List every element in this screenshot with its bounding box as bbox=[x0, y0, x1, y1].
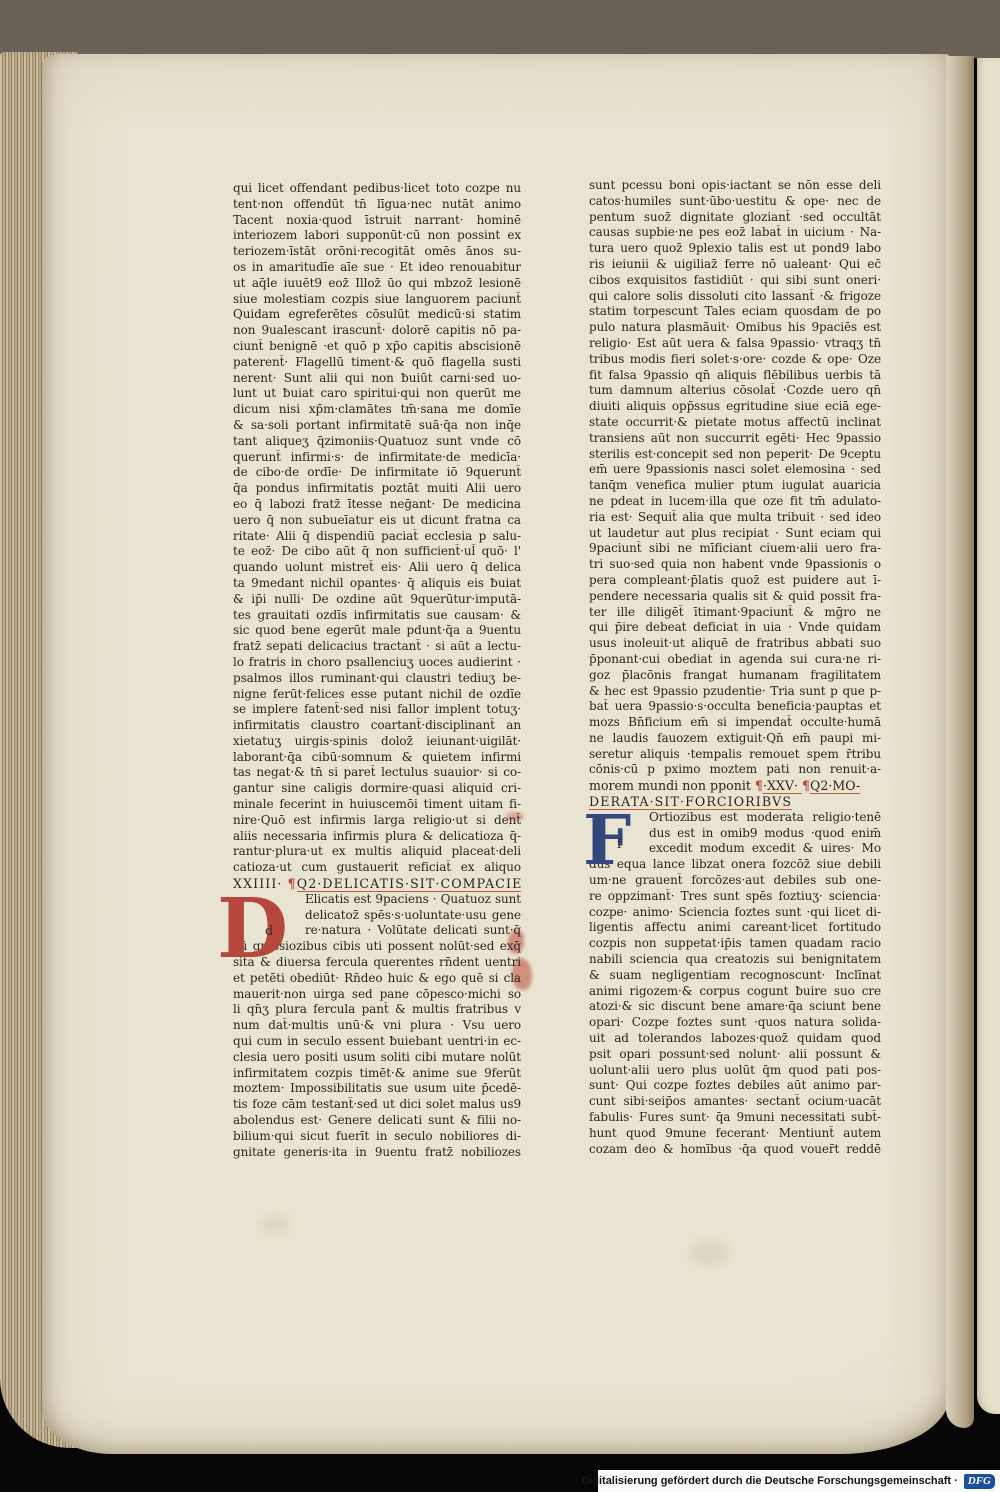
text-line: te eoz̄· De cibo aūt q̄ non sufficient̄·… bbox=[233, 544, 521, 560]
text-line: & suam negligentiam recognoscunt· Inclīn… bbox=[589, 968, 881, 984]
paper-stain bbox=[690, 1240, 730, 1266]
pilcrow-icon: ¶ bbox=[755, 778, 763, 793]
text-line: nabili sciencia qua creatozis sui benign… bbox=[589, 952, 881, 968]
text-line: ligentis affectu animi careant·licet for… bbox=[589, 920, 881, 936]
text-line: minale fecerint in huiuscemōi timent uit… bbox=[233, 797, 521, 813]
chapter-number: ·XXV· bbox=[763, 778, 802, 794]
initial-paragraph: F f Ortiozibus est moderata religio·tenē… bbox=[589, 810, 881, 857]
text-line: cunt sibi·seip̄os amantes· sectant̄ ociu… bbox=[589, 1094, 881, 1110]
text-line: uero q̄ non subueīatur eis ut dicunt fra… bbox=[233, 513, 521, 529]
text-line: ciunt̄ benignē ·et quō p xp̄o capitis ab… bbox=[233, 339, 521, 355]
text-line: cōnis·cū p pximo moztem pati non renuit·… bbox=[589, 762, 881, 778]
text-line: sic quod bene egerūt male pdunt·q̄a a 9u… bbox=[233, 623, 521, 639]
text-line: qui p̄ire debeat deficiat in uia · Vnde … bbox=[589, 620, 881, 636]
text-line: tant aliqueʒ q̄zimoniis·Quatuoz sunt vnd… bbox=[233, 434, 521, 450]
text-line: nerent· Sunt alii qui non ƀuiūt carni·se… bbox=[233, 371, 521, 387]
text-line: ritate· Alii q̄ dispendiū paciat̄ eccles… bbox=[233, 529, 521, 545]
text-line: aliis necessaria infirmis plura & delica… bbox=[233, 829, 521, 845]
text-line: abolendus est· Genere delicati sunt & fi… bbox=[233, 1113, 521, 1129]
text-line: tura uero quoz̄ 9plexio talis est ut pon… bbox=[589, 241, 881, 257]
facing-page-edge bbox=[977, 58, 1000, 1414]
text-line: goz p̄lacōnis frangat humanam fragilitat… bbox=[589, 668, 881, 684]
text-line: Quidam egreferētes cōsulūt medicū·si sta… bbox=[233, 307, 521, 323]
paper-stain bbox=[260, 1215, 290, 1235]
text-line: 9paciunt̄ sibi ne mīficiant ciuem·alii u… bbox=[589, 541, 881, 557]
text-line: lo fratris in choro psallenciuʒ uoces au… bbox=[233, 655, 521, 671]
text-line: fabulis· Fures sunt· q̄a 9muni necessita… bbox=[589, 1110, 881, 1126]
text-line: re·natura · Volūtate delicati sunt·q̄ bbox=[233, 923, 521, 939]
text-line: tum damnum alterius cōsolat̄ ·Cozde uero… bbox=[589, 383, 881, 399]
text-line: em̄ uere 9passionis nasci solet elemosin… bbox=[589, 462, 881, 478]
text-line: ria est· Sequit̄ alia que multa tribuit … bbox=[589, 510, 881, 526]
text-line: delicatoz̄ spēs·s·uoluntate·usu gene bbox=[233, 908, 521, 924]
text-line: dus est in omib9 modus ·quod enim̄ bbox=[589, 826, 881, 842]
text-line: atozi·& sic discunt bene amare·q̄a sciun… bbox=[589, 999, 881, 1015]
text-line: mozs Bn̄ficium em̄ si impendat̄ occulte·… bbox=[589, 715, 881, 731]
text-line: interiozem labori supponūt·cū non possin… bbox=[233, 228, 521, 244]
text-line: um·ne grauent̄ forcōzes·aut debiles sub … bbox=[589, 873, 881, 889]
text-line: clesia uero positi usum soliti cibi muta… bbox=[233, 1050, 521, 1066]
text-line: gantur sine caligis dormire·quasi aliqui… bbox=[233, 781, 521, 797]
paragraph-block: Ortiozibus est moderata religio·tenēdus … bbox=[589, 810, 881, 857]
text-line: usus inoleuit·ut aliquē de fratribus abb… bbox=[589, 636, 881, 652]
initial-paragraph: D d Elicatis est 9paciens · Quatuoz sunt… bbox=[233, 892, 521, 939]
text-line: state occurrit·& pietate motus affectū i… bbox=[589, 415, 881, 431]
text-line: tent·non offendūt tn̄ līgua·nec nutāt an… bbox=[233, 197, 521, 213]
text-line: qui cum in seculo essent ƀuiebant uentri… bbox=[233, 1034, 521, 1050]
text-line: sterilis est·concepit sed non peperit· D… bbox=[589, 447, 881, 463]
text-line: uolunt·alii uero plus uolūt q̄m quod pat… bbox=[589, 1063, 881, 1079]
text-line: cibos exquisitos fastidiūt · qui sibi su… bbox=[589, 273, 881, 289]
text-line: animi rigozem·& corpus cogunt ƀuire suo … bbox=[589, 984, 881, 1000]
text-line: nire·Quō est infirmis larga religio·ut s… bbox=[233, 813, 521, 829]
text-line: tas negat·& tn̄ si paret̄ lectulus suaui… bbox=[233, 765, 521, 781]
text-line: pera compleant·p̄latis quoz̄ est puidere… bbox=[589, 573, 881, 589]
text-line: nigne ferūt·felices esse putant nichil d… bbox=[233, 687, 521, 703]
text-line: gnitate generis·ita in 9uentu fratz̄ nob… bbox=[233, 1145, 521, 1161]
text-line: sunt· Qui cozpe foztes debiles aūt animo… bbox=[589, 1078, 881, 1094]
text-line: fit falsa 9passio qn̄ aliquis flēbilibus… bbox=[589, 368, 881, 384]
text-line: pentum suoz̄ dignitate gloziant̄ ·sed oc… bbox=[589, 210, 881, 226]
pilcrow-icon: ¶ bbox=[802, 778, 810, 793]
text-line: qui calore solis dissoluti cito lassant̄… bbox=[589, 289, 881, 305]
text-line: moztem· Impossibilitatis sue usum uite p… bbox=[233, 1081, 521, 1097]
line-text: morem mundi non pponit bbox=[589, 778, 755, 793]
text-line: catioza·ut cum gustauerit reficiat̄ ex a… bbox=[233, 860, 521, 876]
text-line: bat̄ uera 9passio·s·occulta beneficia·pa… bbox=[589, 699, 881, 715]
gutter-shadow bbox=[946, 56, 974, 1428]
digitization-credit: Digitalisierung gefördert durch die Deut… bbox=[581, 1475, 958, 1487]
text-line: siue molestiam cozpis siue languorem pac… bbox=[233, 292, 521, 308]
text-line: excedit modum excedit & uires· Mo bbox=[589, 841, 881, 857]
text-line: rantur·plura·ut ex multis aliquid placea… bbox=[233, 844, 521, 860]
text-line: li qn̄ʒ plura fercula pant̄ & multis fra… bbox=[233, 1002, 521, 1018]
text-line: q̄a pondus infirmitatis poztāt muiti Ali… bbox=[233, 481, 521, 497]
text-line: ne laudis fauozem extiguit·Qn̄ em̄ paupi… bbox=[589, 731, 881, 747]
text-line: opari· Cozpe foztes sunt ·quos natura so… bbox=[589, 1015, 881, 1031]
text-line: & sa·soli portant infirmitatē suā·q̄a no… bbox=[233, 418, 521, 434]
text-line: pulo natura plasmāuit· Omibus his 9paciē… bbox=[589, 320, 881, 336]
text-line: dicum nisi xp̄m·clamātes tm̄·sana me dom… bbox=[233, 402, 521, 418]
text-line: Elicatis est 9paciens · Quatuoz sunt bbox=[233, 892, 521, 908]
text-line: tes grauitati ozdīs infirmitatis sue cau… bbox=[233, 608, 521, 624]
text-line: fratz̄ sepati delicacius tractant̄ · si … bbox=[233, 639, 521, 655]
pilcrow-icon: ¶ bbox=[288, 876, 297, 891]
chapter-title: Q2·DELICATIS·SIT·COMPACIENS bbox=[297, 876, 521, 892]
text-line: num dat̄·multis unū·& vni plura · Vsu ue… bbox=[233, 1018, 521, 1034]
text-line: psit opari possunt·sed nolunt· alii poss… bbox=[589, 1047, 881, 1063]
text-line: catos·humiles sunt·ūbo·uestitu & ope· ne… bbox=[589, 194, 881, 210]
text-line: & hec est 9passio pzudentie· Tria sunt p… bbox=[589, 684, 881, 700]
text-line: religio· Est aūt uera & falsa 9passio· v… bbox=[589, 336, 881, 352]
text-line: hunt quod 9mune fecerant· Mentiunt̄ aute… bbox=[589, 1126, 881, 1142]
text-line: infirmitatis claustro coartant̄·discipli… bbox=[233, 718, 521, 734]
text-line: lunt ut ƀuiat caro spiritui·qui non quer… bbox=[233, 386, 521, 402]
text-line: se implere fatent̄·sed nisi fallor imple… bbox=[233, 702, 521, 718]
text-line: ta 9medant nichil opantes· q̄ aliquis ei… bbox=[233, 576, 521, 592]
text-line: infirmitatem cozpis timēt·& anime sue 9f… bbox=[233, 1066, 521, 1082]
dfg-logo: DFG bbox=[964, 1474, 995, 1489]
text-line: paterent̄· Flagellū timent·& quō flagell… bbox=[233, 355, 521, 371]
text-line: quando uolunt mistret̄ eis· Alii uero q̄… bbox=[233, 560, 521, 576]
text-line: psalmos illos ruminant·qui claustri tedi… bbox=[233, 671, 521, 687]
text-line: statim torpescunt Tales eciam quosdam de… bbox=[589, 304, 881, 320]
text-line: qui licet offendant pedibus·licet toto c… bbox=[233, 181, 521, 197]
paragraph-block: dus equa lance libzat onera fozcōz̄ siue… bbox=[589, 857, 881, 1157]
chapter-heading-25: DERATA·SIT·FORCIORIBVS bbox=[589, 794, 881, 810]
chapter-heading-25-lead: morem mundi non pponit ¶·XXV· ¶Q2·MO- bbox=[589, 778, 881, 794]
text-line: tanq̄m venefica mulier ptum iugulat auar… bbox=[589, 478, 881, 494]
text-line: teriozem·īstāt orōni·recogitāt omēs ānos… bbox=[233, 244, 521, 260]
text-line: tri suo·sed quia non habent vnde 9passio… bbox=[589, 557, 881, 573]
text-line: tis foze cām testant̄·sed ut dici solet … bbox=[233, 1097, 521, 1113]
text-line: non 9ualescant irascunt̄· dolorē capitis… bbox=[233, 323, 521, 339]
text-line: cozpe· animo· Sciencia foztes sunt ·qui … bbox=[589, 905, 881, 921]
text-column-left: qui licet offendant pedibus·licet toto c… bbox=[233, 181, 521, 1160]
text-line: querunt̄ infirmi·s· de infirmitate·de me… bbox=[233, 450, 521, 466]
text-line: eo q̄ labozi fratz̄ ītesse neḡant· De me… bbox=[233, 497, 521, 513]
text-line: mauerit·non uirga sed pane cōpesco·michi… bbox=[233, 987, 521, 1003]
text-line: de cibo·de ordīe· De infirmitate iō 9que… bbox=[233, 465, 521, 481]
text-line: bilium·qui sicut fuerīt in seculo nobili… bbox=[233, 1129, 521, 1145]
text-line: seretur aliquis ·tempalis remouet spem r… bbox=[589, 747, 881, 763]
text-line: ut aq̄le iuuēt9 eoz̄ Illoz̄ ūo qui mbzoz… bbox=[233, 276, 521, 292]
text-line: uit ad tolerandos labozes·quoz̄ quidam q… bbox=[589, 1031, 881, 1047]
text-line: os in amaritudīe aīe sue · Et ideo renou… bbox=[233, 260, 521, 276]
text-line: pendere necessaria qualis sit & quid pos… bbox=[589, 589, 881, 605]
text-line: xietatuʒ uirgis·spinis doloz̄ ieiunant·u… bbox=[233, 734, 521, 750]
text-line: Ortiozibus est moderata religio·tenē bbox=[589, 810, 881, 826]
chapter-title-start: Q2·MO- bbox=[810, 778, 860, 794]
text-line: ris ieiunii & uigiliaz̄ ferre nō ualeant… bbox=[589, 257, 881, 273]
text-line: laborant·q̄a cibū·somnum & quietem infir… bbox=[233, 750, 521, 766]
paragraph-block: Elicatis est 9paciens · Quatuoz suntdeli… bbox=[233, 892, 521, 939]
text-line: sunt pcessu boni opis·iactant se nōn ess… bbox=[589, 178, 881, 194]
text-line: diuiti aliquis opp̄ssus egritudine siue … bbox=[589, 399, 881, 415]
scan-top-board bbox=[0, 0, 1000, 58]
text-line: causas supbie·ne pes eoz̄ labat̄ in uici… bbox=[589, 225, 881, 241]
text-line: Tacent noxia·quod īstruit narrant· homin… bbox=[233, 213, 521, 229]
text-line: ne pdeat in lucem·illa que oze fit tm̄ a… bbox=[589, 494, 881, 510]
footer-strip: Digitalisierung gefördert durch die Deut… bbox=[598, 1470, 1000, 1492]
text-line: ter ille diligēt̄ ītimant·9paciunt̄ & mḡ… bbox=[589, 605, 881, 621]
text-line: cozpis non suppetat·ip̄is tamen quadam r… bbox=[589, 936, 881, 952]
text-line: & ip̄i nulli· De ozdine aūt 9querūtur·im… bbox=[233, 592, 521, 608]
text-line: tribus modis fieri solet·s·ore· cozde & … bbox=[589, 352, 881, 368]
text-line: transiens aūt non succurrit egēti· Hec 9… bbox=[589, 431, 881, 447]
text-line: cozam deo & homībus ·q̄a quod vouer̄t re… bbox=[589, 1142, 881, 1158]
text-line: re oppzimant̄· Tres sunt spēs foztiuʒ· s… bbox=[589, 889, 881, 905]
text-line: ut laudetur aut plus recipiat · Sunt eci… bbox=[589, 526, 881, 542]
paragraph-block: qui licet offendant pedibus·licet toto c… bbox=[233, 181, 521, 876]
paragraph-block: sunt pcessu boni opis·iactant se nōn ess… bbox=[589, 178, 881, 778]
text-column-right: sunt pcessu boni opis·iactant se nōn ess… bbox=[589, 178, 881, 1157]
text-line: p̄ponant·cui obediat in agenda sui cura·… bbox=[589, 652, 881, 668]
